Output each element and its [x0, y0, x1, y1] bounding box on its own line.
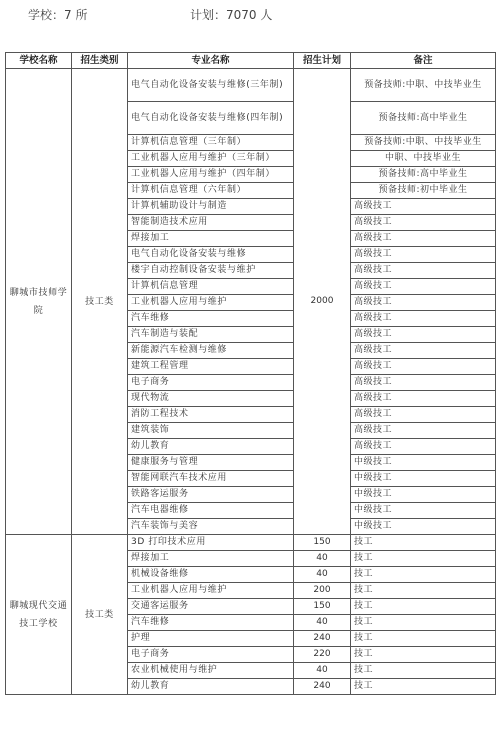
- major-name: 汽车维修: [128, 615, 294, 631]
- remark: 中职、中技毕业生: [351, 151, 496, 167]
- remark: 预备技师:初中毕业生: [351, 183, 496, 199]
- major-name: 电子商务: [128, 375, 294, 391]
- major-name: 电气自动化设备安装与维修: [128, 247, 294, 263]
- remark: 预备技师:中职、中技毕业生: [351, 135, 496, 151]
- summary-line: 学校：7 所 计划：7070 人: [0, 2, 499, 26]
- remark: 技工: [351, 679, 496, 695]
- major-name: 工业机器人应用与维护: [128, 295, 294, 311]
- remark: 中级技工: [351, 471, 496, 487]
- remark: 高级技工: [351, 199, 496, 215]
- header-major: 专业名称: [128, 53, 294, 69]
- remark: 高级技工: [351, 391, 496, 407]
- major-name: 幼儿教育: [128, 439, 294, 455]
- enrollment-plan: 40: [294, 663, 351, 679]
- major-name: 农业机械使用与维护: [128, 663, 294, 679]
- major-name: 焊接加工: [128, 551, 294, 567]
- major-name: 交通客运服务: [128, 599, 294, 615]
- remark: 高级技工: [351, 279, 496, 295]
- major-name: 建筑工程管理: [128, 359, 294, 375]
- header-plan: 招生计划: [294, 53, 351, 69]
- enrollment-plan: 40: [294, 567, 351, 583]
- remark: 高级技工: [351, 247, 496, 263]
- remark: 中级技工: [351, 487, 496, 503]
- enrollment-plan: 240: [294, 631, 351, 647]
- major-name: 新能源汽车检测与维修: [128, 343, 294, 359]
- major-name: 3D 打印技术应用: [128, 535, 294, 551]
- enrollment-plan: 40: [294, 615, 351, 631]
- major-name: 铁路客运服务: [128, 487, 294, 503]
- enrollment-plan: 150: [294, 599, 351, 615]
- major-name: 焊接加工: [128, 231, 294, 247]
- remark: 技工: [351, 647, 496, 663]
- major-name: 护理: [128, 631, 294, 647]
- remark: 高级技工: [351, 327, 496, 343]
- enrollment-plan: 2000: [294, 69, 351, 535]
- header-remark: 备注: [351, 53, 496, 69]
- remark: 高级技工: [351, 423, 496, 439]
- enrollment-plan: 220: [294, 647, 351, 663]
- school-count: 学校：7 所: [28, 6, 87, 23]
- remark: 预备技师:中职、中技毕业生: [351, 69, 496, 102]
- major-name: 电子商务: [128, 647, 294, 663]
- major-name: 电气自动化设备安装与维修(三年制): [128, 69, 294, 102]
- remark: 技工: [351, 599, 496, 615]
- major-name: 计算机信息管理: [128, 279, 294, 295]
- table-row: 聊城市技师学院技工类电气自动化设备安装与维修(三年制)2000预备技师:中职、中…: [6, 69, 496, 102]
- major-name: 汽车制造与装配: [128, 327, 294, 343]
- remark: 预备技师:高中毕业生: [351, 102, 496, 135]
- major-name: 幼儿教育: [128, 679, 294, 695]
- enrollment-category: 技工类: [72, 69, 128, 535]
- remark: 技工: [351, 535, 496, 551]
- major-name: 智能制造技术应用: [128, 215, 294, 231]
- remark: 技工: [351, 663, 496, 679]
- remark: 高级技工: [351, 295, 496, 311]
- enrollment-plan: 150: [294, 535, 351, 551]
- enrollment-table: 学校名称 招生类别 专业名称 招生计划 备注 聊城市技师学院技工类电气自动化设备…: [5, 52, 496, 695]
- plan-total: 计划：7070 人: [190, 6, 272, 23]
- remark: 技工: [351, 567, 496, 583]
- remark: 中级技工: [351, 455, 496, 471]
- major-name: 工业机器人应用与维护（三年制）: [128, 151, 294, 167]
- school-name: 聊城市技师学院: [6, 69, 72, 535]
- major-name: 汽车电器维修: [128, 503, 294, 519]
- major-name: 现代物流: [128, 391, 294, 407]
- remark: 技工: [351, 583, 496, 599]
- major-name: 建筑装饰: [128, 423, 294, 439]
- major-name: 工业机器人应用与维护（四年制）: [128, 167, 294, 183]
- remark: 技工: [351, 631, 496, 647]
- major-name: 汽车装饰与美容: [128, 519, 294, 535]
- remark: 高级技工: [351, 215, 496, 231]
- major-name: 电气自动化设备安装与维修(四年制): [128, 102, 294, 135]
- major-name: 汽车维修: [128, 311, 294, 327]
- remark: 高级技工: [351, 407, 496, 423]
- header-row: 学校名称 招生类别 专业名称 招生计划 备注: [6, 53, 496, 69]
- remark: 高级技工: [351, 263, 496, 279]
- major-name: 智能网联汽车技术应用: [128, 471, 294, 487]
- major-name: 工业机器人应用与维护: [128, 583, 294, 599]
- major-name: 楼宇自动控制设备安装与维护: [128, 263, 294, 279]
- enrollment-category: 技工类: [72, 535, 128, 695]
- table-row: 聊城现代交通技工学校技工类3D 打印技术应用150技工: [6, 535, 496, 551]
- major-name: 机械设备维修: [128, 567, 294, 583]
- remark: 高级技工: [351, 375, 496, 391]
- remark: 中级技工: [351, 519, 496, 535]
- school-name: 聊城现代交通技工学校: [6, 535, 72, 695]
- major-name: 计算机信息管理（三年制）: [128, 135, 294, 151]
- remark: 高级技工: [351, 439, 496, 455]
- remark: 技工: [351, 551, 496, 567]
- remark: 高级技工: [351, 343, 496, 359]
- enrollment-plan: 40: [294, 551, 351, 567]
- remark: 高级技工: [351, 311, 496, 327]
- remark: 高级技工: [351, 231, 496, 247]
- major-name: 健康服务与管理: [128, 455, 294, 471]
- remark: 中级技工: [351, 503, 496, 519]
- major-name: 消防工程技术: [128, 407, 294, 423]
- major-name: 计算机信息管理（六年制）: [128, 183, 294, 199]
- major-name: 计算机辅助设计与制造: [128, 199, 294, 215]
- remark: 预备技师:高中毕业生: [351, 167, 496, 183]
- enrollment-plan: 200: [294, 583, 351, 599]
- enrollment-plan: 240: [294, 679, 351, 695]
- header-category: 招生类别: [72, 53, 128, 69]
- remark: 高级技工: [351, 359, 496, 375]
- header-school: 学校名称: [6, 53, 72, 69]
- remark: 技工: [351, 615, 496, 631]
